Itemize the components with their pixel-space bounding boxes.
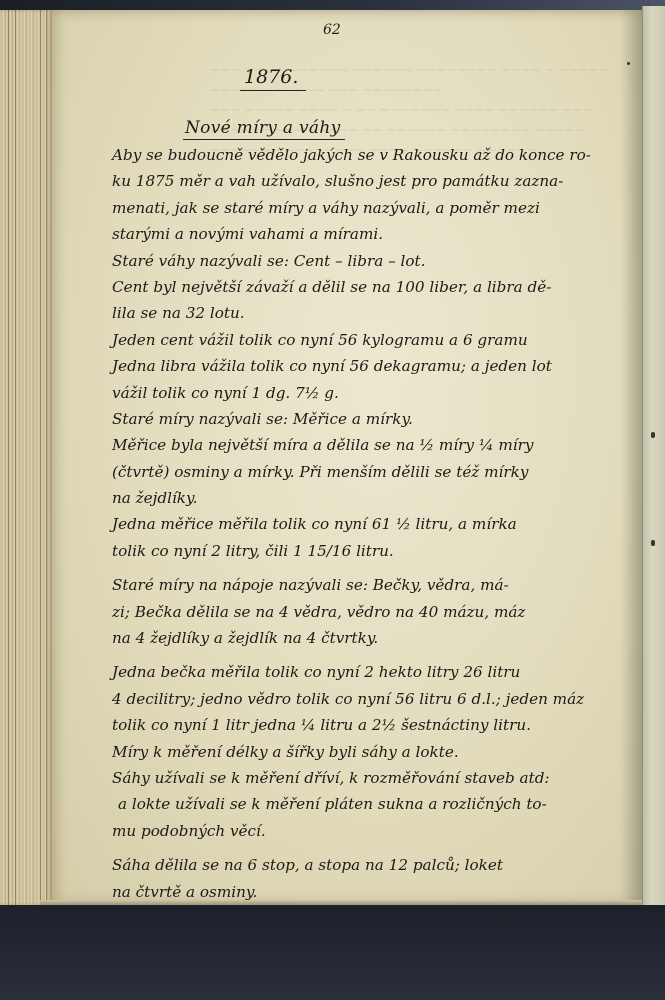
text-line: ku 1875 měr a vah užívalo, slušno jest p… [112,168,652,194]
page-edge-line [8,10,9,905]
text-line: vážil tolik co nyní 1 dg. 7½ g. [112,380,652,406]
text-line: Cent byl největší závaží a dělil se na 1… [112,274,652,300]
text-line: Jedna libra vážila tolik co nyní 56 deka… [112,353,652,379]
text-line: Míry k měření délky a šířky byli sáhy a … [112,739,652,765]
ink-spot [651,540,655,546]
text-line: lila se na 32 lotu. [112,300,652,326]
text-line: (čtvrtě) osminy a mírky. Při menším děli… [112,459,652,485]
ink-spot [651,432,655,438]
text-line: na žejdlíky. [112,485,652,511]
entry-year: 1876. [240,66,306,91]
text-line: Sáhy užívali se k měření dříví, k rozměř… [112,765,652,791]
text-line: Staré míry na nápoje nazývali se: Bečky,… [112,572,652,598]
ink-spot [627,62,630,65]
handwritten-body: Aby se budoucně vědělo jakých se v Rakou… [112,142,652,966]
text-line: tolik co nyní 1 litr jedna ¼ litru a 2½ … [112,712,652,738]
page-number: 62 [323,22,341,38]
text-line: tolik co nyní 2 litry, čili 1 15/16 litr… [112,538,652,564]
text-line: mu podobných věcí. [112,818,652,844]
text-line: a lokte užívali se k měření pláten sukna… [112,791,652,817]
text-line: starými a novými vahami a mírami. [112,221,652,247]
text-line: menati, jak se staré míry a váhy nazýval… [112,195,652,221]
section-heading: Nové míry a váhy [183,118,345,140]
page-stack-edges [0,10,53,905]
text-line: Staré míry nazývali se: Měřice a mírky. [112,406,652,432]
text-line: zi; Bečka dělila se na 4 vědra, vědro na… [112,599,652,625]
text-line: 4 decilitry; jedno vědro tolik co nyní 5… [112,686,652,712]
text-line: Aby se budoucně vědělo jakých se v Rakou… [112,142,652,168]
text-line: Sáha dělila se na 6 stop, a stopa na 12 … [112,852,652,878]
text-line: Staré váhy nazývali se: Cent – libra – l… [112,248,652,274]
text-line: Jedna bečka měřila tolik co nyní 2 hekto… [112,659,652,685]
page-edge-line [15,10,16,905]
text-line: Jeden cent vážil tolik co nyní 56 kylogr… [112,327,652,353]
text-line: Jedna měřice měřila tolik co nyní 61 ½ l… [112,511,652,537]
page-edge-line [46,10,47,905]
background-bottom [0,905,665,1000]
text-line: na 4 žejdlíky a žejdlík na 4 čtvrtky. [112,625,652,651]
page-edge-line [40,10,41,905]
book-photo: ~~~ ~~~~ ~~~~~~ ~~~~~~ ~~~~~~~~ ~~~~ ~ ~… [0,0,665,1000]
text-line: Měřice byla největší míra a dělila se na… [112,432,652,458]
